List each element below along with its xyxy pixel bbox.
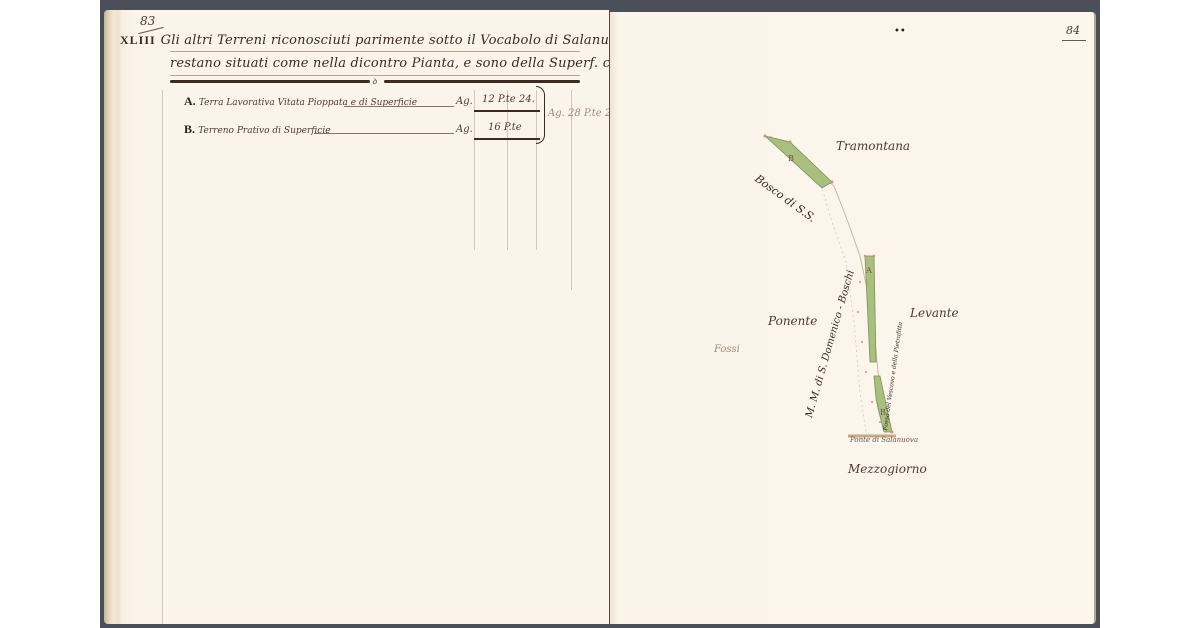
item-b-leader: [314, 133, 454, 134]
item-a-leader: [344, 106, 454, 107]
bottom-label: Ponte di Salanuova: [850, 436, 918, 444]
section-number: XLIII: [120, 33, 156, 47]
ornament-rule-left: [170, 80, 370, 83]
margin-line: [162, 90, 163, 624]
item-b-value: 16 P.te: [488, 122, 522, 133]
compass-north: Tramontana: [836, 139, 910, 153]
parcel-map: [610, 12, 1094, 624]
item-a-unit: Ag.: [456, 96, 473, 107]
heading-text-1: Gli altri Terreni riconosciuti parimente…: [161, 33, 633, 48]
folio-number-left: 83: [140, 14, 155, 28]
item-a-value-rule: [474, 110, 540, 112]
right-page: •• 84 B A B Tramontana Levante Ponente M…: [610, 12, 1096, 624]
ornament-swirl: ꝺ: [372, 76, 377, 87]
total-brace: [536, 86, 545, 144]
left-page: 83 XLIII Gli altri Terreni riconosciuti …: [104, 10, 609, 624]
heading-rule-1: [170, 51, 580, 52]
item-b: B. Terreno Prativo di Superficie: [184, 122, 331, 137]
compass-west: Ponente: [768, 314, 817, 328]
item-b-description: Terreno Prativo di Superficie: [198, 126, 330, 136]
item-a-value: 12 P.te 24.: [482, 94, 535, 105]
heading-line-2: restano situati come nella dicontro Pian…: [170, 56, 668, 71]
compass-east: Levante: [910, 306, 959, 320]
ornament-rule-right: [384, 80, 580, 83]
parcel-letter-middle-b: A: [866, 266, 872, 275]
column-line-1: [474, 90, 475, 250]
item-b-value-rule: [474, 138, 540, 140]
column-line-2: [507, 90, 508, 250]
item-b-unit: Ag.: [456, 124, 473, 135]
parcel-letter-top: B: [788, 154, 794, 163]
compass-south: Mezzogiorno: [848, 462, 927, 476]
west-annotation: Fossi: [714, 344, 740, 355]
column-line-4: [571, 90, 572, 290]
heading-line-1: XLIII Gli altri Terreni riconosciuti par…: [120, 30, 633, 48]
item-a-letter: A.: [184, 94, 196, 108]
total-value: Ag. 28 P.te 24: [548, 108, 618, 119]
item-b-letter: B.: [184, 122, 195, 136]
